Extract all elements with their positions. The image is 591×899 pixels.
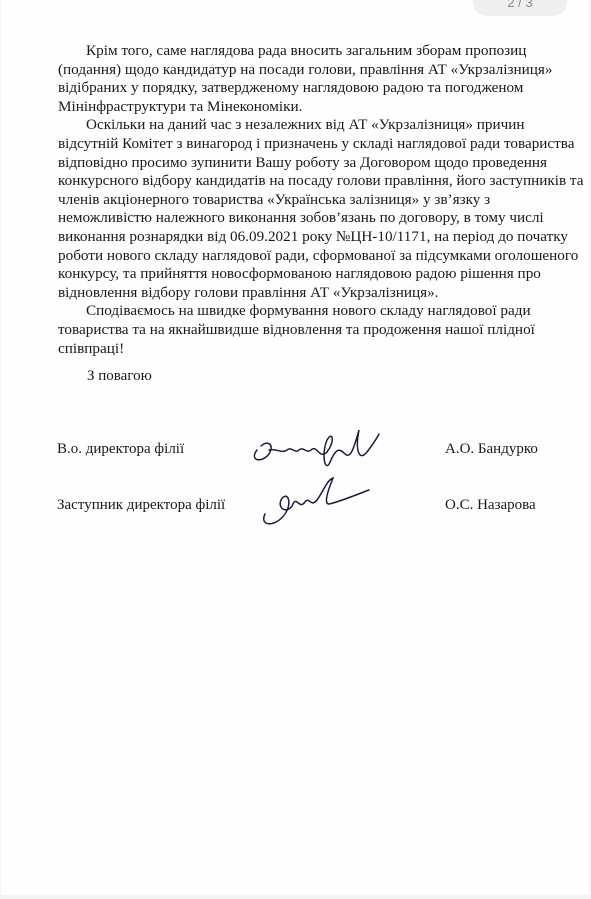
paragraph-2: Оскільки на даний час з незалежних від А… — [58, 116, 591, 302]
text-line: роботи нового складу наглядової ради, сф… — [58, 247, 591, 266]
text-line: неможливістю належного виконання зобов’я… — [58, 209, 591, 228]
text-line: відповідно просимо зупинити Вашу роботу … — [58, 154, 591, 173]
text-line: Сподіваємось на швидке формування нового… — [58, 302, 591, 321]
text-line: конкурсного відбору кандидатів на посаду… — [58, 172, 591, 191]
text-line: товариства та на якнайшвидше відновлення… — [58, 321, 591, 340]
document-page: 2 / 3 Крім того, саме наглядова рада вно… — [1, 0, 589, 895]
text-line: відновлення відбору голови правління АТ … — [58, 284, 591, 303]
text-line: Мінінфраструктури та Мінекономіки. — [58, 98, 591, 117]
signatory-title: Заступник директора філії — [57, 497, 225, 514]
paragraph-1: Крім того, саме наглядова рада вносить з… — [58, 42, 591, 116]
text-line: членів акціонерного товариства «Українсь… — [58, 191, 591, 210]
page-indicator: 2 / 3 — [473, 0, 567, 16]
signature-icon — [257, 474, 377, 530]
text-line: (подання) щодо кандидатур на посади голо… — [58, 61, 591, 80]
closing-salutation: З повагою — [87, 368, 152, 385]
paragraph-3: Сподіваємось на швидке формування нового… — [58, 302, 591, 358]
signature-icon — [247, 420, 387, 480]
text-line: Крім того, саме наглядова рада вносить з… — [58, 42, 591, 61]
text-line: конкурсу, та прийняття новосформованою н… — [58, 265, 591, 284]
signatory-title: В.о. директора філії — [57, 441, 184, 458]
text-line: співпраці! — [58, 340, 591, 359]
letter-body: Крім того, саме наглядова рада вносить з… — [58, 42, 591, 358]
signatory-name: О.С. Назарова — [445, 497, 536, 514]
text-line: відібраних у порядку, затвердженому нагл… — [58, 79, 591, 98]
signatory-name: А.О. Бандурко — [445, 441, 538, 458]
text-line: виконання рознарядки від 06.09.2021 року… — [58, 228, 591, 247]
text-line: відсутній Комітет з винагород і призначе… — [58, 135, 591, 154]
text-line: Оскільки на даний час з незалежних від А… — [58, 116, 591, 135]
